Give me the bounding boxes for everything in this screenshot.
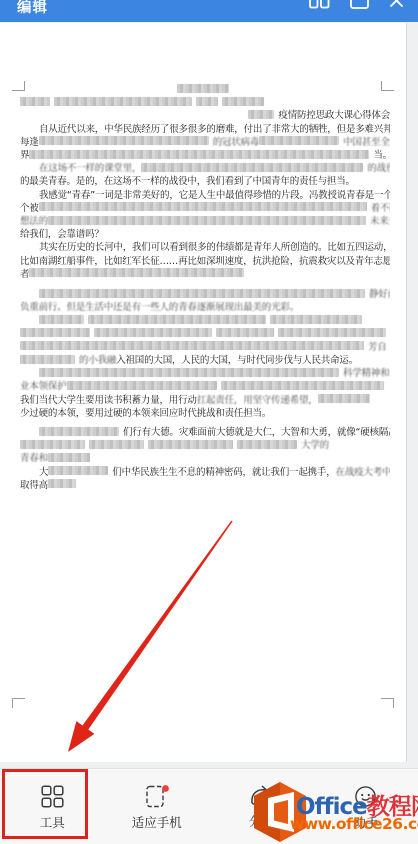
text-segment: 个被 [20,203,39,214]
text-line: 每逢的冠状病毒中国甚至全世 [20,136,390,149]
close-icon[interactable] [389,0,404,9]
save-export-icon[interactable] [350,0,369,9]
redacted-text [259,136,339,145]
redacted-text [48,479,76,488]
text-segment: 给我们，会靠谱吗？ [20,229,104,240]
text-segment: 疫情防控思政大课心得体会 [278,110,390,121]
top-edit-bar: 编辑 [0,0,418,22]
toolbar-item-label: 分享 [249,812,274,830]
toolbar-item-tools[interactable]: 工具 [0,769,105,844]
text-segment: 者 [20,269,29,280]
redacted-text [48,453,90,462]
text-line: 芳自 [20,341,390,354]
redacted-text [89,440,144,449]
text-segment: 在战疫大考中， [336,467,390,478]
text-segment: 的小我融 [79,355,116,366]
redacted-text [29,268,244,277]
text-segment: 静好而 [369,289,390,300]
text-line: 其实在历史的长河中，我们可以看到很多的伟绩都是青年人所创造的。比如五四运动， [20,241,390,254]
text-segment: 其实在历史的长河中，我们可以看到很多的伟绩都是青年人所创造的。比如五四运动， [39,242,390,253]
redacted-text [237,440,297,449]
text-line: 疫情防控思政大课心得体会 [20,109,390,122]
text-line: 业本领保护 [20,380,390,393]
text-line: 大们中华民族生生不息的精神密码，就让我们一起携手，在战疫大考中， [20,466,390,479]
text-segment: 扛起责任，用坚守传递希望， [197,395,318,406]
redacted-text [54,97,192,106]
margin-mark-bottom-left [12,698,25,708]
redacted-text [270,315,362,324]
redacted-text [39,202,367,211]
text-segment: 界 [20,150,29,161]
text-line [20,314,390,327]
redacted-text [39,289,365,298]
text-segment: 想法的 [20,216,48,227]
redacted-text [278,328,386,337]
text-line: 想法的未来交 [20,215,390,228]
text-line [20,328,390,341]
text-line [20,96,390,109]
pages-grid-icon[interactable] [309,0,330,9]
text-segment: 取得高 [20,480,48,491]
document-page[interactable]: 疫情防控思政大课心得体会自从近代以来，中华民族经历了很多很多的磨难，付出了非常大… [0,23,407,762]
text-segment: 科学精神和专 [343,368,390,379]
text-line: 给我们，会靠谱吗？ [20,228,390,241]
toolbar-item-label: 助手 [353,813,378,831]
text-line: 我们当代大学生要用读书积蓄力量，用行动扛起责任，用坚守传递希望， [20,394,390,407]
text-line: 科学精神和专 [20,367,390,380]
text-segment: 大学的 [301,440,329,451]
redacted-text [88,315,266,324]
text-line: 界当。 [20,149,390,162]
text-segment: 未来交 [370,216,390,227]
text-line: 的最美青春。是的，在这场不一样的战役中，我们看到了中国青年的责任与担当。 [20,175,390,188]
text-segment: 自从近代以来，中华民族经历了很多很多的磨难，付出了非常大的牺牲，但是多难兴邦， [39,124,390,135]
redacted-text [20,341,364,350]
text-segment: 的战役里 [367,163,390,174]
redacted-text [94,328,212,337]
redacted-text [67,381,217,390]
redacted-text [148,440,233,449]
toolbar-item-share[interactable]: 分享 [209,769,314,844]
text-segment: 当。 [373,150,390,161]
text-line: 者 [20,268,390,281]
text-line: 自从近代以来，中华民族经历了很多很多的磨难，付出了非常大的牺牲，但是多难兴邦， [20,123,390,136]
text-segment: 业本领保护 [20,381,67,392]
text-line: 在这场不一样的课堂里，的战役里 [20,162,390,175]
redacted-text [39,315,84,324]
assistant-face-icon [354,785,377,808]
redacted-text [39,427,119,436]
margin-mark-bottom-right [381,698,394,708]
text-segment: 们中华民族生生不息的精神密码，就让我们一起携手， [112,467,335,478]
redacted-text [196,97,218,106]
text-line: 少过硬的本领，要用过硬的本领来回应时代挑战和责任担当。 [20,407,390,420]
text-segment: 芳自 [368,342,387,353]
red-dot-badge [162,785,169,792]
redacted-text [248,110,274,119]
text-line [20,83,390,96]
redacted-text [141,163,363,172]
tools-grid-icon [41,785,64,808]
text-segment: 青春和 [20,453,48,464]
text-segment: 在这场不一样的课堂里， [39,163,141,174]
text-segment: 少过硬的本领，要用过硬的本领来回应时代挑战和责任担当。 [20,408,271,419]
document-lines: 疫情防控思政大课心得体会自从近代以来，中华民族经历了很多很多的磨难，付出了非常大… [0,23,406,492]
text-line: 我感觉“青春”一词是非常美好的，它是人生中最值得珍惜的片段。冯教授说青春是一个 [20,189,390,202]
text-segment: 每逢 [20,137,39,148]
toolbar-item-label: 工具 [40,813,65,831]
text-line: 比如南湖红船事件，比如红军长征……再比如深圳速度，抗洪抢险，抗震救灾以及青年志愿 [20,255,390,268]
redacted-text [221,381,384,390]
text-segment: 中国甚至全世 [343,137,390,148]
text-segment: 的冠状病毒 [213,137,260,148]
edit-mode-label[interactable]: 编辑 [17,0,48,17]
redacted-text [20,97,50,106]
text-segment: 着不同 [371,203,390,214]
text-line: 负重前行。但是生活中还是有一些人的青春逐渐展现出最美的光彩。 [20,301,390,314]
text-line: 大学的 [20,439,390,452]
redacted-text [216,328,274,337]
redacted-text [318,394,370,403]
text-segment: 大 [39,467,48,478]
text-segment: 的最美青春。是的，在这场不一样的战役中，我们看到了中国青年的责任与担当。 [20,176,355,187]
share-arrow-icon [249,785,273,807]
bottom-toolbar: 工具 适应手机 分享 助手 [0,768,418,844]
redacted-text [20,328,90,337]
toolbar-item-assistant[interactable]: 助手 [314,769,418,844]
text-line: 取得高 [20,479,390,492]
text-segment: 负重前行。但是生活中还是有一些人的青春逐渐展现出最美的光彩。 [20,302,299,313]
fit-phone-icon [143,785,170,808]
text-line: 静好而 [20,288,390,301]
text-line: 青春和 [20,452,390,465]
text-segment: 我们当代大学生要用读书积蓄力量，用行动 [20,395,197,406]
text-segment: 我感觉“青春”一词是非常美好的，它是人生中最值得珍惜的片段。冯教授说青春是一个 [39,190,390,201]
redacted-text [222,97,264,106]
redacted-text [20,440,85,449]
toolbar-item-label: 适应手机 [132,813,182,831]
redacted-text [39,368,339,377]
redacted-text [48,466,108,475]
text-segment: 比如南湖红船事件，比如红军长征……再比如深圳速度，抗洪抢险，抗震救灾以及青年志愿 [20,256,390,267]
redacted-text [20,355,75,364]
text-line: 们行有大德。灾难面前大德就是大仁，大智和大勇，就像“硬核隔离 [20,426,390,439]
text-line: 个被着不同 [20,202,390,215]
redacted-text [29,150,369,159]
text-line: 的小我融入祖国的大国，人民的大国，与时代同步伐与人民共命运。 [20,354,390,367]
text-segment: 入祖国的大国，人民的大国，与时代同步伐与人民共命运。 [116,355,358,366]
wps-mobile-editor-screen: { "topbar": { "title": "编辑", "bg_color":… [0,0,418,844]
redacted-text [39,136,209,145]
redacted-text [48,216,366,225]
toolbar-item-fit-phone[interactable]: 适应手机 [105,769,210,844]
text-segment: 们行有大德。灾难面前大德就是大仁，大智和大勇，就像“硬核隔离 [123,427,390,438]
redacted-text [177,84,229,93]
